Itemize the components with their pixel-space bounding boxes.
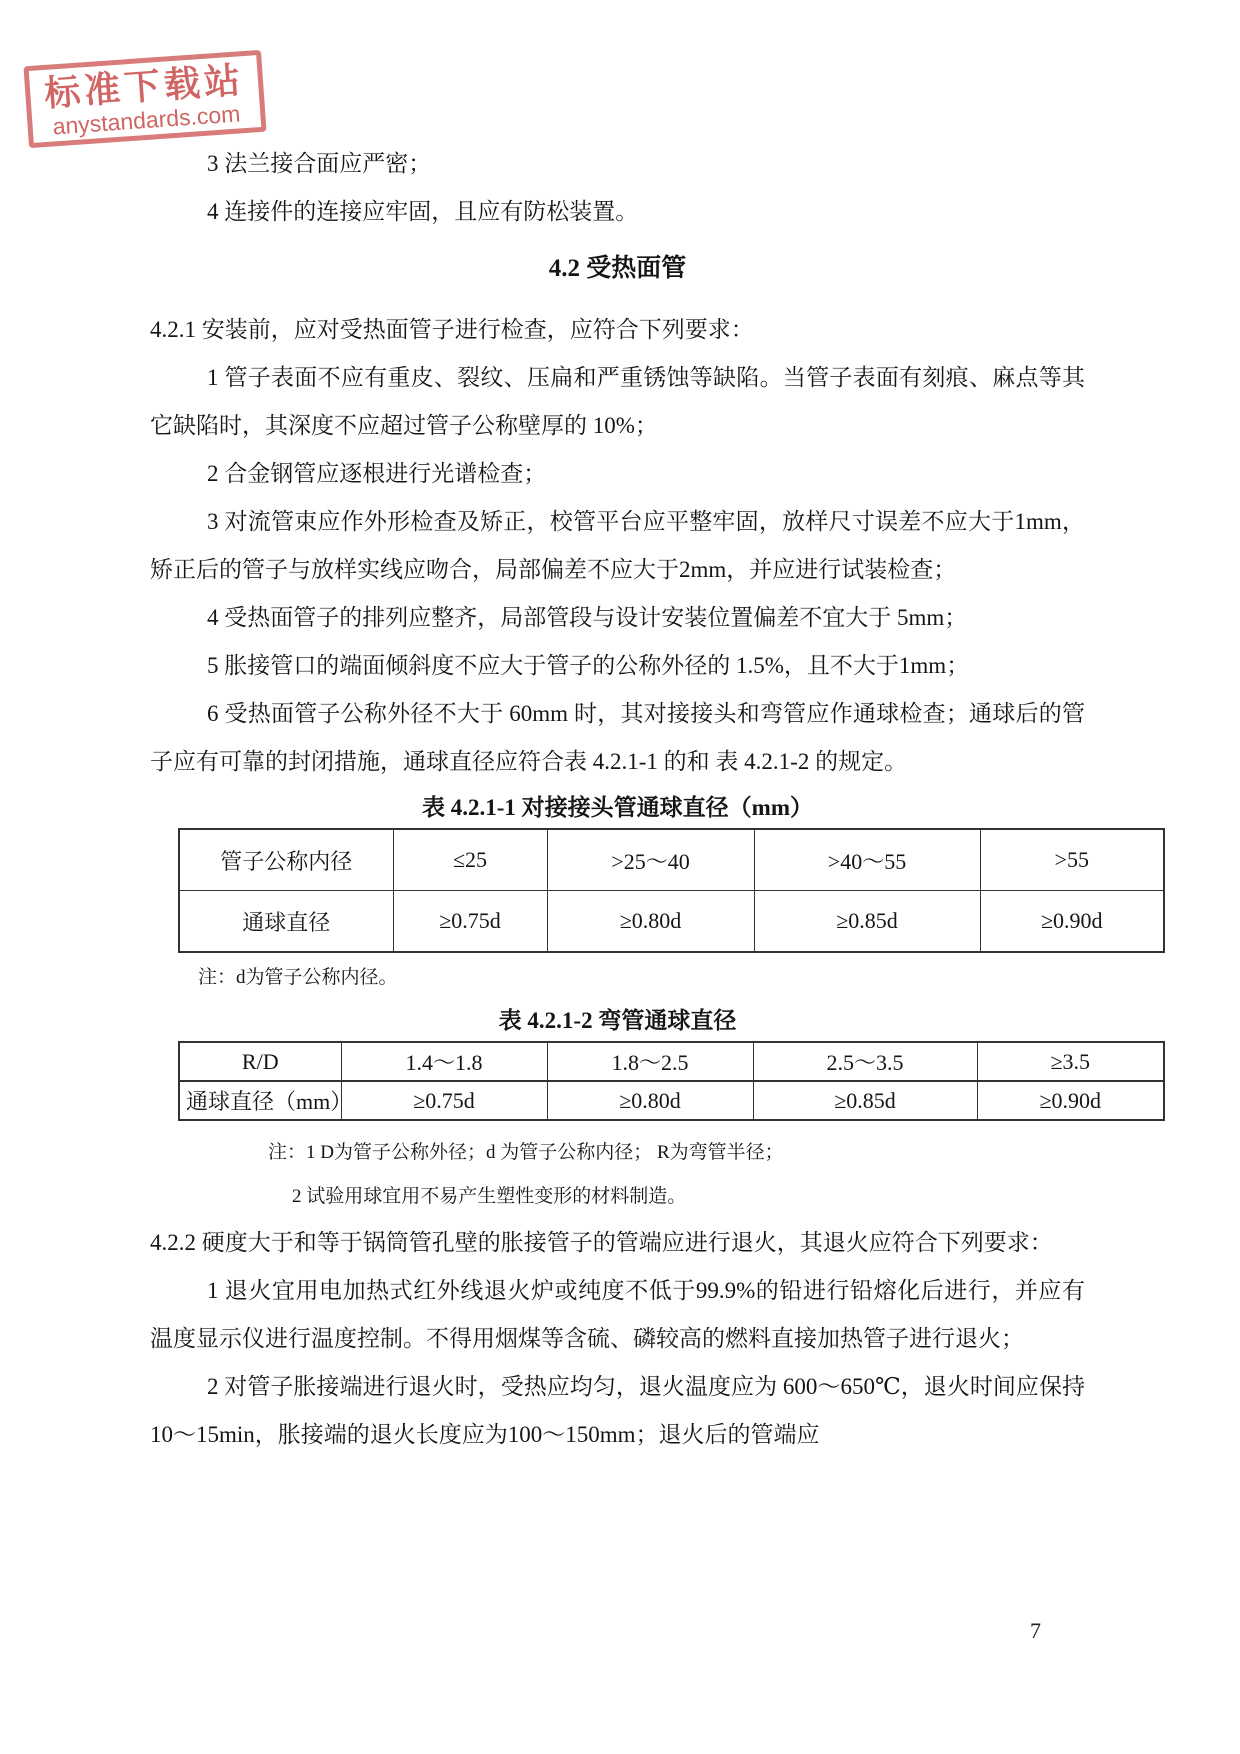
table-cell: ≥0.75d [393,891,547,953]
clause-4-2-1-item-4: 4 受热面管子的排列应整齐，局部管段与设计安装位置偏差不宜大于 5mm； [150,594,1085,642]
clause-4-2-1-item-5: 5 胀接管口的端面倾斜度不应大于管子的公称外径的 1.5%，且不大于1mm； [150,642,1085,690]
table-2-caption: 表 4.2.1-2 弯管通球直径 [150,1001,1085,1041]
table-row: 通球直径 ≥0.75d ≥0.80d ≥0.85d ≥0.90d [179,891,1164,953]
clause-4-2-2-item-1: 1 退火宜用电加热式红外线退火炉或纯度不低于99.9%的铅进行铅熔化后进行，并应… [150,1267,1085,1363]
table-cell: ≤25 [393,829,547,891]
table-cell: ≥0.90d [977,1081,1164,1120]
table-cell: ≥0.85d [753,1081,977,1120]
table-cell: ≥0.90d [980,891,1164,953]
table-cell: 通球直径（mm） [179,1081,341,1120]
clause-4-2-1-item-2: 2 合金钢管应逐根进行光谱检查； [150,450,1085,498]
table-cell: ≥0.80d [547,1081,753,1120]
clause-4-2-1-item-6: 6 受热面管子公称外径不大于 60mm 时，其对接接头和弯管应作通球检查；通球后… [150,690,1085,786]
table-cell: ≥0.75d [341,1081,547,1120]
table-cell: 2.5～3.5 [753,1042,977,1081]
document-body: 3 法兰接合面应严密； 4 连接件的连接应牢固，且应有防松装置。 4.2 受热面… [150,140,1085,1459]
table-cell: ≥0.80d [547,891,754,953]
list-item-flange-seal: 3 法兰接合面应严密； [150,140,1085,188]
section-heading-4-2: 4.2 受热面管 [150,246,1085,292]
table-row: 通球直径（mm） ≥0.75d ≥0.80d ≥0.85d ≥0.90d [179,1081,1164,1120]
list-item-connector-lock: 4 连接件的连接应牢固，且应有防松装置。 [150,188,1085,236]
clause-4-2-1-item-1: 1 管子表面不应有重皮、裂纹、压扁和严重锈蚀等缺陷。当管子表面有刻痕、麻点等其它… [150,354,1085,450]
table-cell: >40～55 [754,829,980,891]
table-1-note: 注：d为管子公称内径。 [150,957,1085,999]
table-cell: 通球直径 [179,891,393,953]
table-2-note-1: 注：1 D为管子公称外径；d 为管子公称内径； R为弯管半径； [150,1131,1085,1175]
table-2-note-2: 2 试验用球宜用不易产生塑性变形的材料制造。 [150,1175,1085,1219]
table-row: 管子公称内径 ≤25 >25～40 >40～55 >55 [179,829,1164,891]
table-cell: ≥0.85d [754,891,980,953]
watermark-stamp: 标准下载站 anystandards.com [23,50,266,148]
clause-4-2-1-item-3: 3 对流管束应作外形检查及矫正，校管平台应平整牢固，放样尺寸误差不应大于1mm，… [150,498,1085,594]
clause-4-2-2-item-2: 2 对管子胀接端进行退火时，受热应均匀，退火温度应为 600～650℃，退火时间… [150,1363,1085,1459]
table-cell: >55 [980,829,1164,891]
table-cell: >25～40 [547,829,754,891]
table-cell: R/D [179,1042,341,1081]
table-cell: ≥3.5 [977,1042,1164,1081]
table-butt-joint-ball-diameter: 管子公称内径 ≤25 >25～40 >40～55 >55 通球直径 ≥0.75d… [178,828,1165,953]
page-number: 7 [1030,1618,1041,1644]
table-1-caption: 表 4.2.1-1 对接接头管通球直径（mm） [150,788,1085,828]
table-row: R/D 1.4～1.8 1.8～2.5 2.5～3.5 ≥3.5 [179,1042,1164,1081]
table-bend-ball-diameter: R/D 1.4～1.8 1.8～2.5 2.5～3.5 ≥3.5 通球直径（mm… [178,1041,1165,1121]
clause-4-2-1: 4.2.1 安装前，应对受热面管子进行检查，应符合下列要求： [150,306,1085,354]
clause-4-2-2: 4.2.2 硬度大于和等于锅筒管孔壁的胀接管子的管端应进行退火，其退火应符合下列… [150,1219,1085,1267]
table-cell: 1.4～1.8 [341,1042,547,1081]
table-cell: 1.8～2.5 [547,1042,753,1081]
table-cell: 管子公称内径 [179,829,393,891]
document-page: 标准下载站 anystandards.com 3 法兰接合面应严密； 4 连接件… [0,0,1240,1754]
